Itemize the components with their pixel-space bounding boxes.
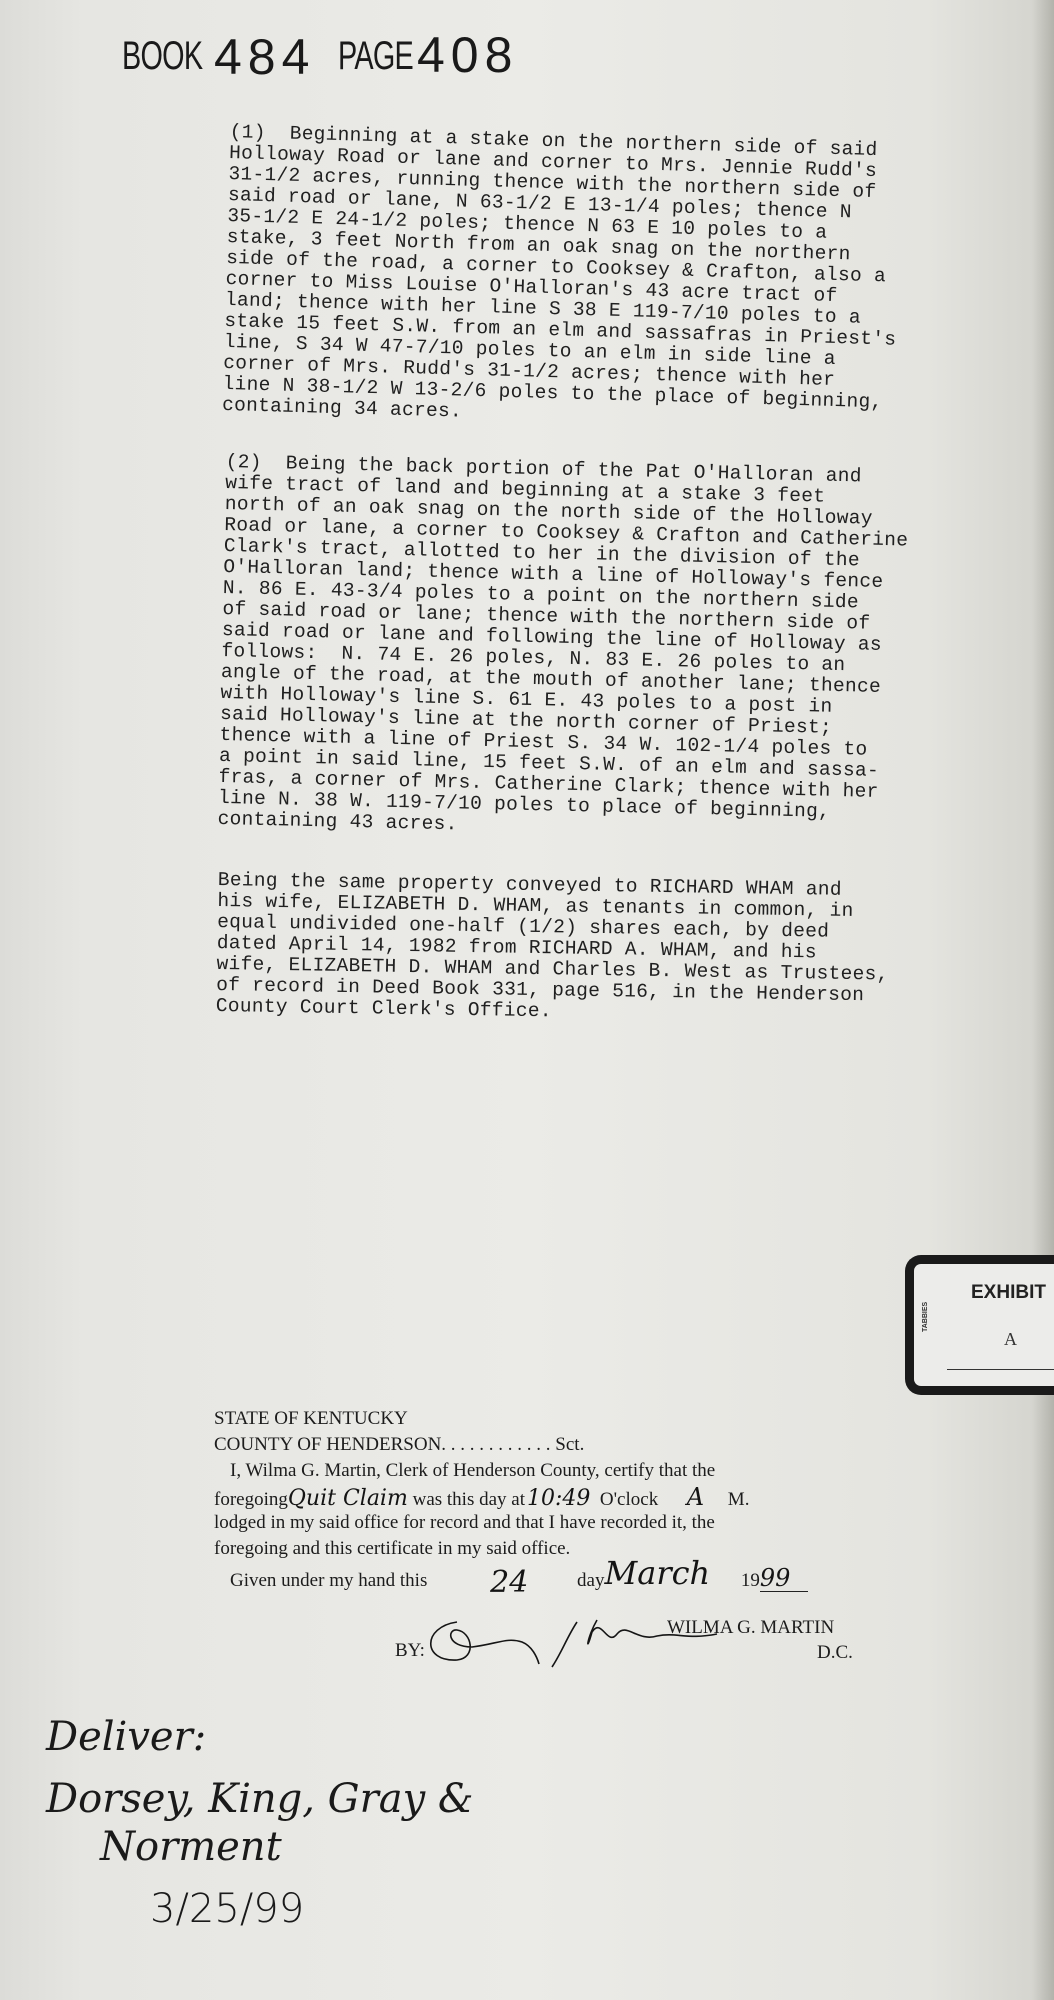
exhibit-brand: TABBIES bbox=[922, 1302, 929, 1332]
page-label: PAGE bbox=[338, 34, 413, 79]
book-label: BOOK bbox=[122, 34, 202, 79]
cert-county: COUNTY OF HENDERSON. . . . . . . . . . .… bbox=[214, 1432, 874, 1458]
note-recipient: Dorsey, King, Gray & bbox=[46, 1774, 474, 1824]
exhibit-title: EXHIBIT bbox=[971, 1282, 1046, 1304]
clerk-name: WILMA G. MARTIN bbox=[667, 1617, 834, 1639]
cert-line-1: I, Wilma G. Martin, Clerk of Henderson C… bbox=[214, 1458, 874, 1484]
meridiem-handwritten: A bbox=[687, 1483, 704, 1511]
cert-line-3: lodged in my said office for record and … bbox=[214, 1510, 874, 1536]
cert-foregoing: foregoing bbox=[214, 1489, 288, 1510]
tract-2-description: (2) Being the back portion of the Pat O'… bbox=[217, 452, 910, 845]
note-date: 3/25/99 bbox=[150, 1884, 304, 1934]
cert-state: STATE OF KENTUCKY bbox=[214, 1406, 874, 1432]
cert-line-2: foregoingQuit Claim was this day at10:49… bbox=[214, 1484, 874, 1510]
note-deliver: Deliver: bbox=[46, 1712, 206, 1762]
by-label: BY: bbox=[395, 1640, 425, 1662]
year-handwritten: 99 bbox=[760, 1565, 808, 1592]
cert-was-this-day: was this day at bbox=[413, 1489, 525, 1510]
cert-year-prefix: 19 bbox=[741, 1570, 760, 1591]
page-number: 408 bbox=[417, 26, 518, 84]
note-recipient-cont: Norment bbox=[100, 1822, 282, 1872]
exhibit-letter: A bbox=[1004, 1329, 1017, 1350]
cert-m: M. bbox=[728, 1489, 750, 1510]
cert-given-row: Given under my hand this 24 dayMarch 199… bbox=[214, 1562, 874, 1588]
clerk-title: D.C. bbox=[817, 1642, 853, 1664]
instrument-type-handwritten: Quit Claim bbox=[288, 1486, 408, 1511]
cert-line-4: foregoing and this certificate in my sai… bbox=[214, 1536, 874, 1562]
cert-day-label: day bbox=[577, 1570, 604, 1591]
day-handwritten: 24 bbox=[490, 1565, 528, 1600]
page-edge-shadow bbox=[1032, 0, 1054, 2000]
cert-oclock: O'clock bbox=[600, 1489, 658, 1510]
exhibit-underline bbox=[947, 1369, 1054, 1370]
time-handwritten: 10:49 bbox=[527, 1486, 590, 1511]
clerk-certificate: STATE OF KENTUCKY COUNTY OF HENDERSON. .… bbox=[214, 1406, 874, 1588]
source-of-title-paragraph: Being the same property conveyed to RICH… bbox=[216, 870, 890, 1028]
tract-1-description: (1) Beginning at a stake on the northern… bbox=[222, 122, 902, 435]
cert-given-prefix: Given under my hand this bbox=[230, 1570, 427, 1591]
signature-block: BY: WILMA G. MARTIN D.C. bbox=[395, 1612, 885, 1672]
month-handwritten: March bbox=[604, 1554, 710, 1592]
exhibit-tag: TABBIES EXHIBIT A bbox=[905, 1255, 1054, 1395]
book-number: 484 bbox=[214, 28, 315, 86]
